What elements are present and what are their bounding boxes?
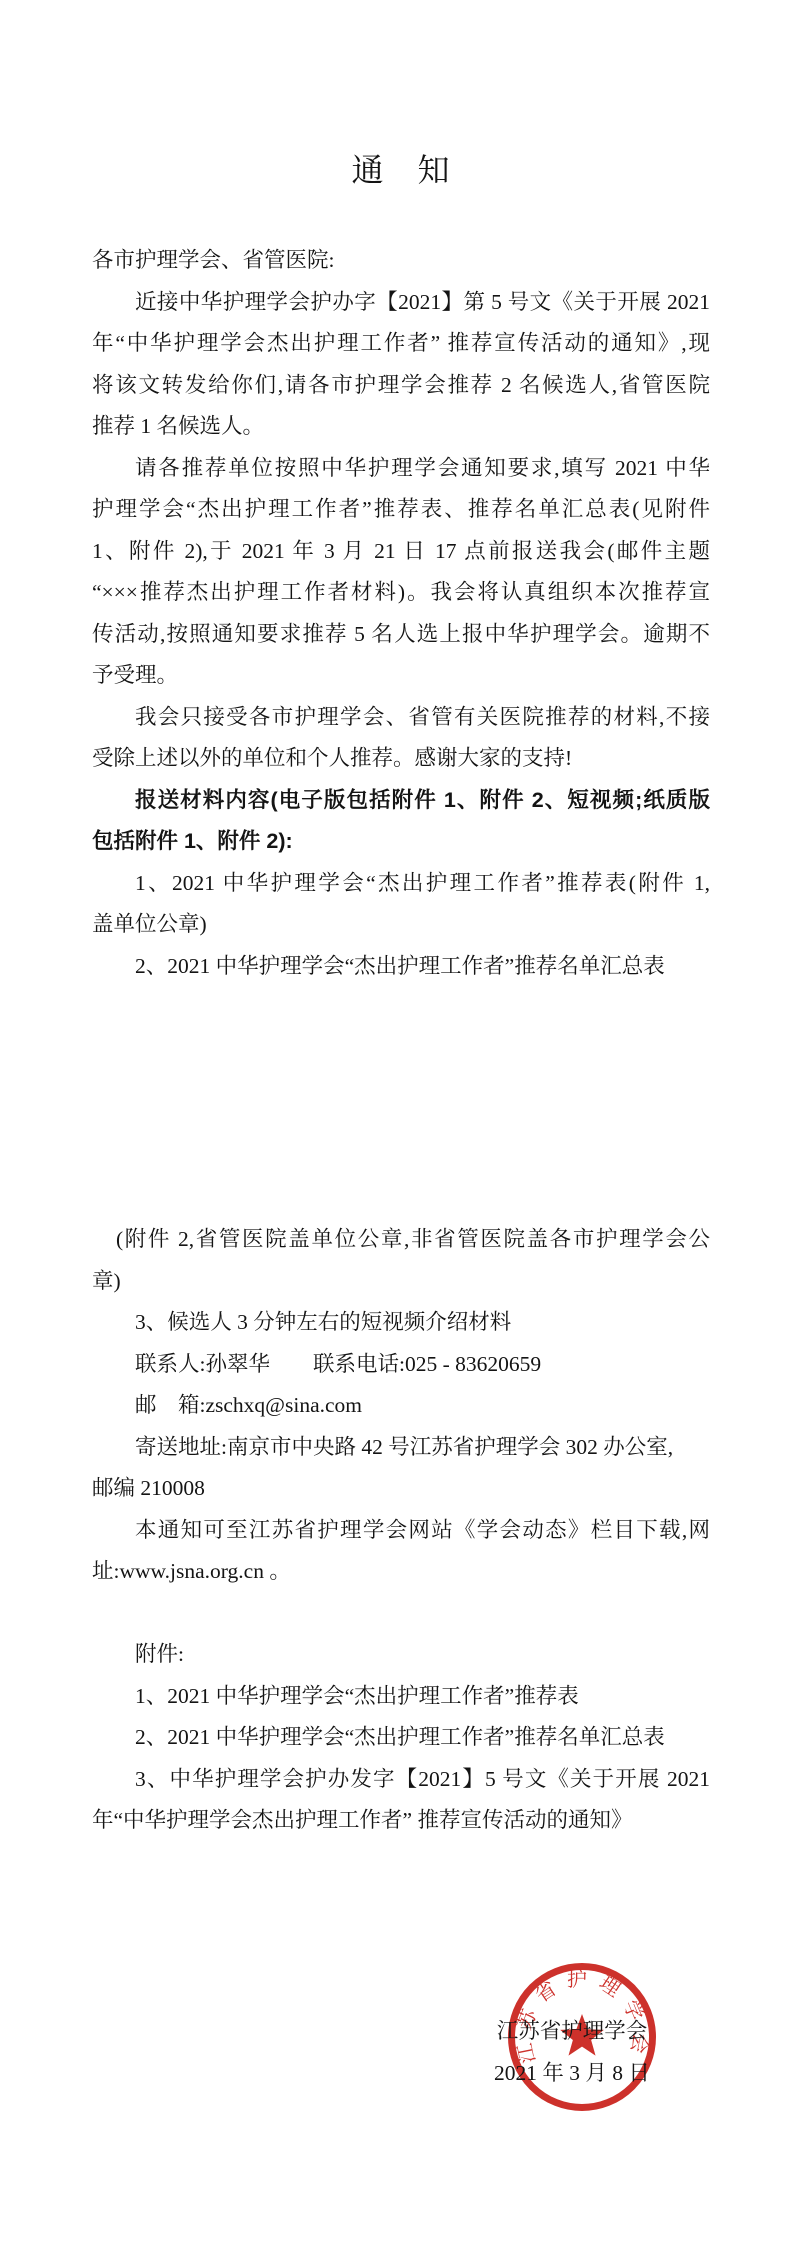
paragraph-line: 年“中华护理学会杰出护理工作者” 推荐宣传活动的通知》,现	[92, 323, 710, 365]
list-item-line: 3、候选人 3 分钟左右的短视频介绍材料	[92, 1302, 710, 1344]
website-url-line: 址:www.jsna.org.cn 。	[92, 1551, 710, 1593]
attachments-label: 附件:	[92, 1634, 710, 1676]
signature-date: 2021 年 3 月 8 日	[494, 2053, 650, 2095]
salutation-line: 各市护理学会、省管医院:	[92, 240, 710, 282]
signature-block: 江苏省护理学会 2021 年 3 月 8 日	[494, 2011, 650, 2094]
document-title: 通 知	[92, 148, 710, 192]
signature-org: 江苏省护理学会	[494, 2011, 650, 2053]
paragraph-line: 1、附件 2),于 2021 年 3 月 21 日 17 点前报送我会(邮件主题	[92, 531, 710, 573]
paragraph-line: 将该文转发给你们,请各市护理学会推荐 2 名候选人,省管医院	[92, 365, 710, 407]
paragraph-line: 请各推荐单位按照中华护理学会通知要求,填写 2021 中华	[92, 448, 710, 490]
document-body: 通 知 各市护理学会、省管医院: 近接中华护理学会护办字【2021】第 5 号文…	[92, 0, 710, 1842]
list-item-line: 盖单位公章)	[92, 904, 710, 946]
attachment-item: 3、中华护理学会护办发字【2021】5 号文《关于开展 2021	[92, 1759, 710, 1801]
contact-email-line: 邮 箱:zschxq@sina.com	[92, 1385, 710, 1427]
paragraph-line: 传活动,按照通知要求推荐 5 名人选上报中华护理学会。逾期不	[92, 614, 710, 656]
paragraph-line: “×××推荐杰出护理工作者材料)。我会将认真组织本次推荐宣	[92, 572, 710, 614]
list-item-line: 章)	[92, 1261, 710, 1303]
attachment-item: 年“中华护理学会杰出护理工作者” 推荐宣传活动的通知》	[92, 1800, 710, 1842]
paragraph-line: 受除上述以外的单位和个人推荐。感谢大家的支持!	[92, 738, 710, 780]
blank-line-gap	[92, 1593, 710, 1635]
list-item-line: 2、2021 中华护理学会“杰出护理工作者”推荐名单汇总表	[92, 946, 710, 988]
materials-heading-line: 报送材料内容(电子版包括附件 1、附件 2、短视频;纸质版	[92, 780, 710, 822]
postal-code-line: 邮编 210008	[92, 1468, 710, 1510]
paragraph-line: 近接中华护理学会护办字【2021】第 5 号文《关于开展 2021	[92, 282, 710, 324]
website-note-line: 本通知可至江苏省护理学会网站《学会动态》栏目下载,网	[92, 1510, 710, 1552]
paragraph-line: 护理学会“杰出护理工作者”推荐表、推荐名单汇总表(见附件	[92, 489, 710, 531]
mailing-address-line: 寄送地址:南京市中央路 42 号江苏省护理学会 302 办公室,	[92, 1427, 710, 1469]
page-break-gap	[92, 987, 710, 1219]
list-item-line: 1、2021 中华护理学会“杰出护理工作者”推荐表(附件 1,	[92, 863, 710, 905]
notice-document-page: 通 知 各市护理学会、省管医院: 近接中华护理学会护办字【2021】第 5 号文…	[0, 0, 793, 2244]
list-item-line: (附件 2,省管医院盖单位公章,非省管医院盖各市护理学会公	[92, 1219, 710, 1261]
paragraph-line: 我会只接受各市护理学会、省管有关医院推荐的材料,不接	[92, 697, 710, 739]
paragraph-line: 予受理。	[92, 655, 710, 697]
attachment-item: 2、2021 中华护理学会“杰出护理工作者”推荐名单汇总表	[92, 1717, 710, 1759]
attachment-item: 1、2021 中华护理学会“杰出护理工作者”推荐表	[92, 1676, 710, 1718]
materials-heading-line: 包括附件 1、附件 2):	[92, 821, 710, 863]
paragraph-line: 推荐 1 名候选人。	[92, 406, 710, 448]
contact-person-phone-line: 联系人:孙翠华 联系电话:025 - 83620659	[92, 1344, 710, 1386]
